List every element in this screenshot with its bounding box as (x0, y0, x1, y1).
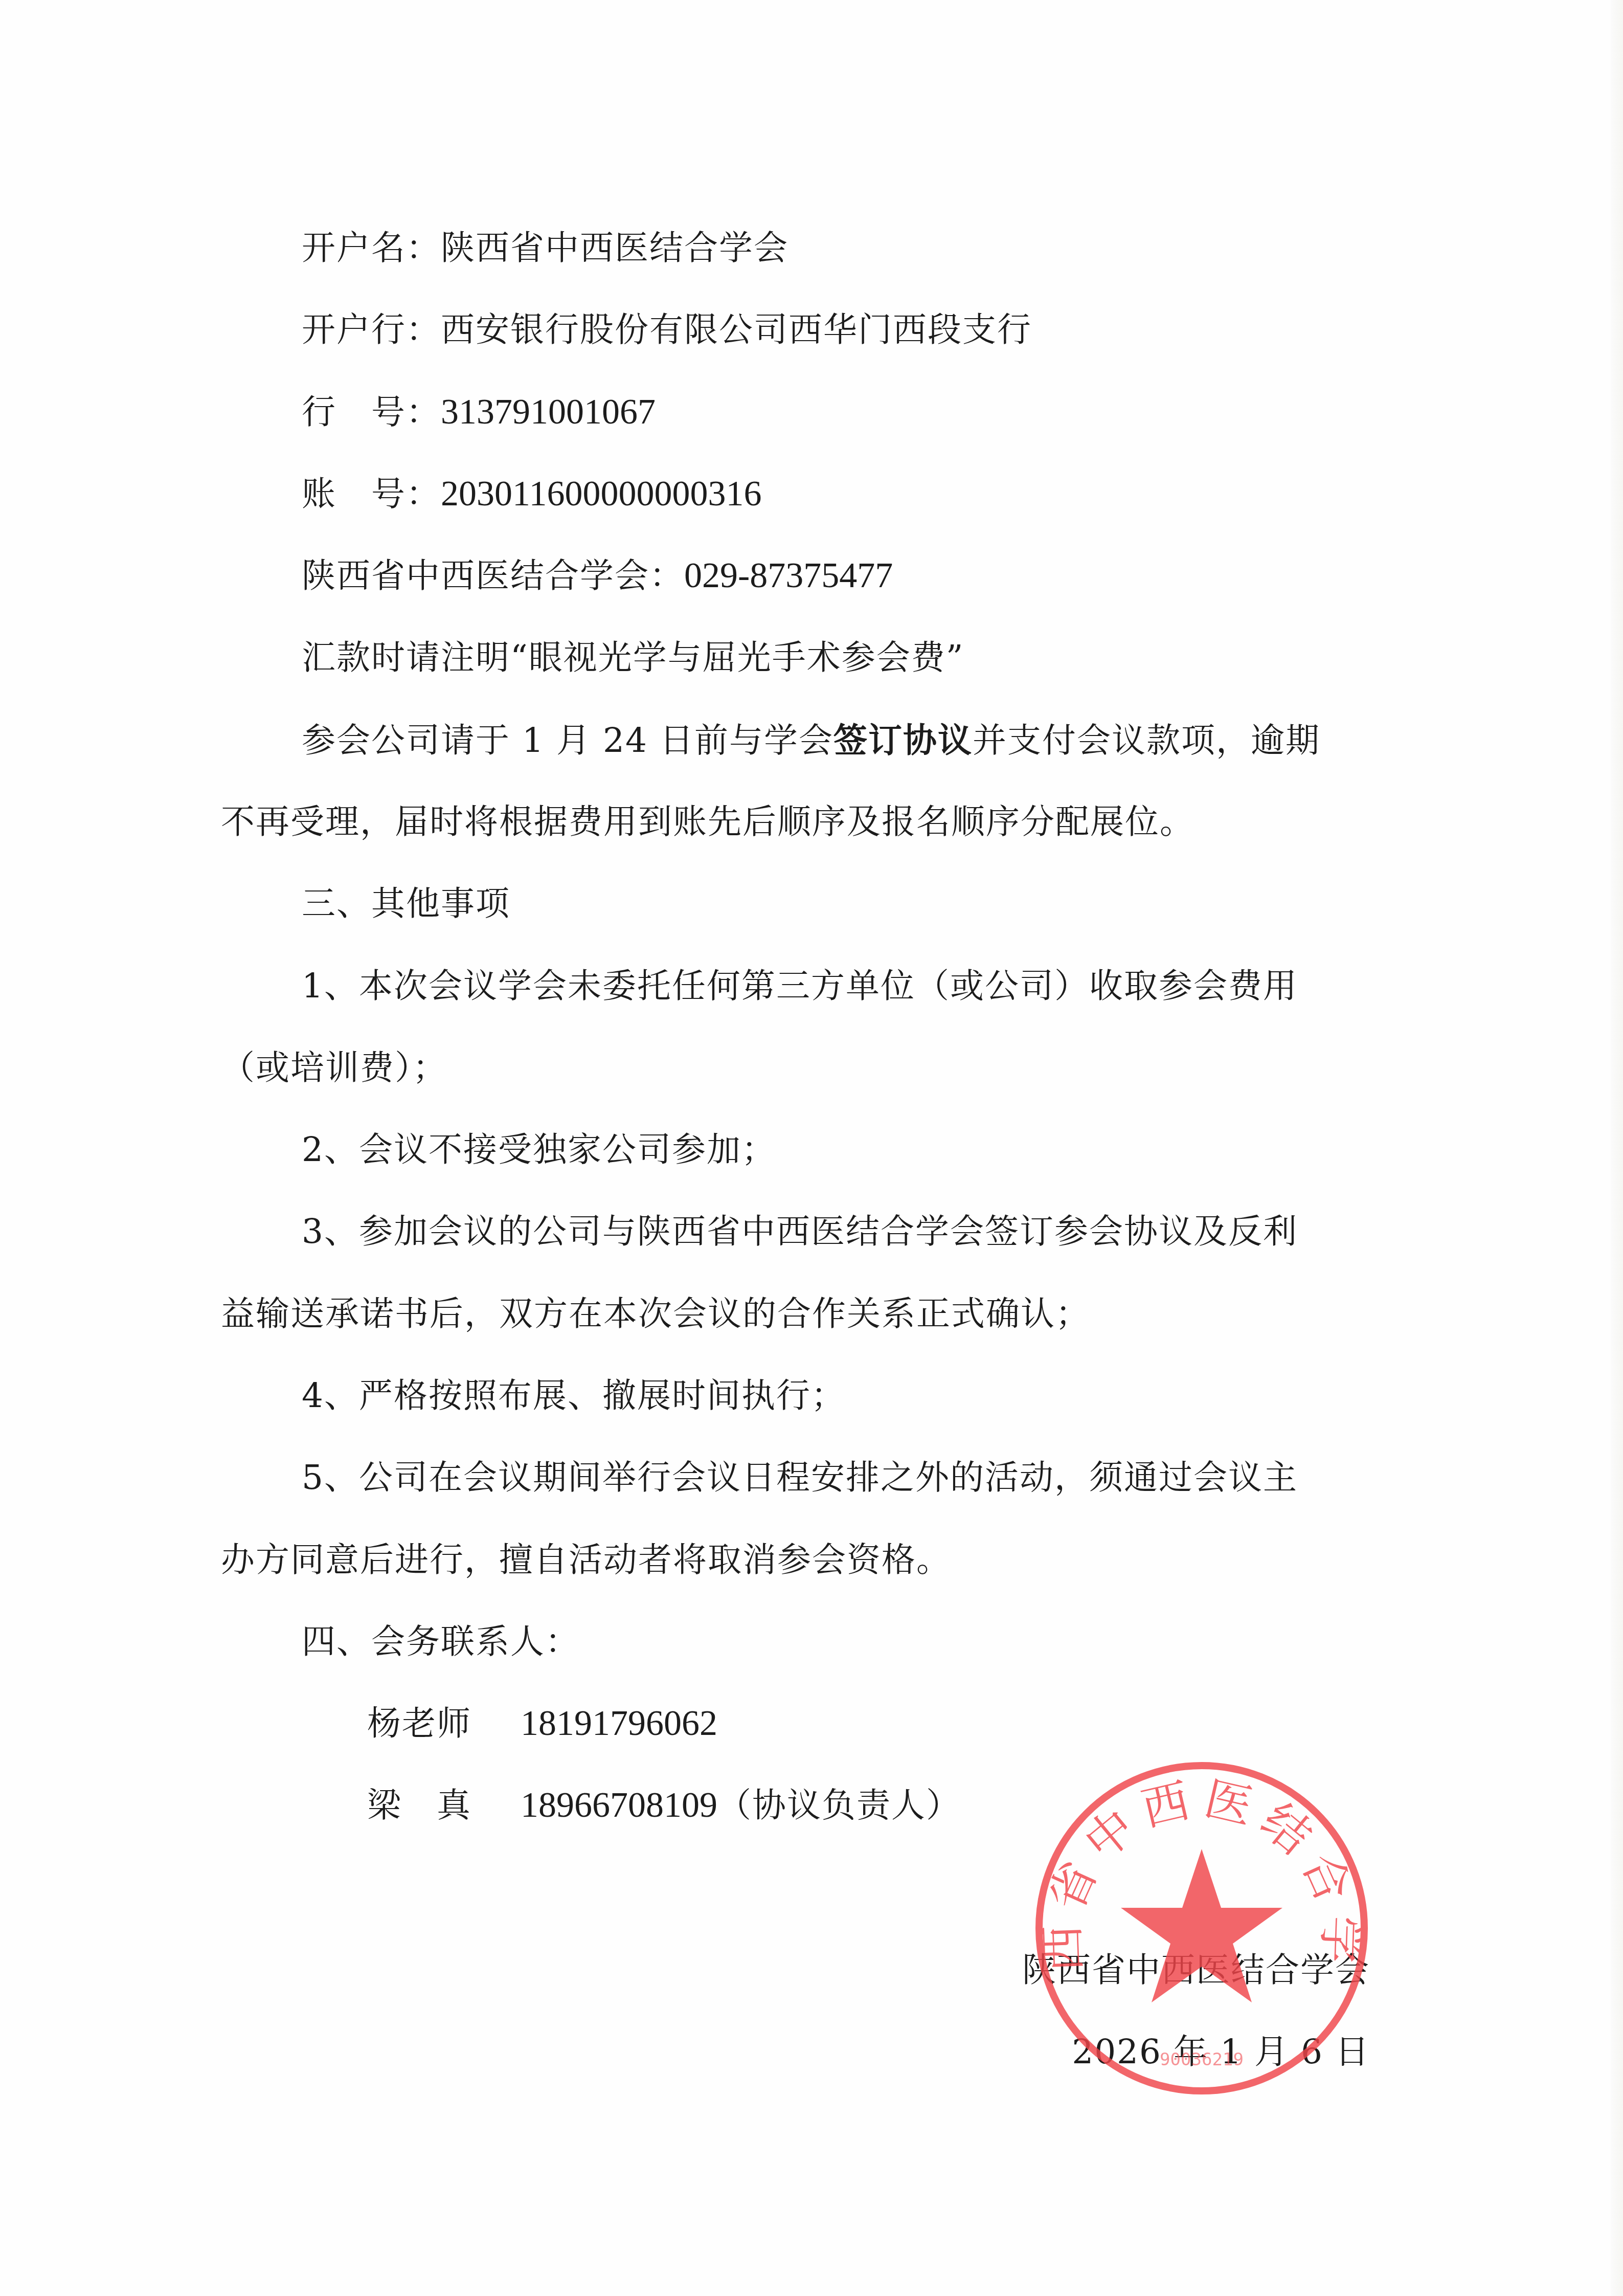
contact-name: 梁 真 (367, 1785, 521, 1826)
account-no-value: 203011600000000316 (441, 474, 761, 514)
account-name-label: 开户名： (302, 228, 441, 268)
contact-row-2: 梁 真18966708109（协议负责人） (367, 1785, 961, 1826)
phone-label: 陕西省中西医结合学会： (302, 556, 684, 595)
section3-item-1-line2: （或培训费）； (221, 1047, 447, 1088)
section3-item-1-line1: 1、本次会议学会未委托任何第三方单位（或公司）收取参会费用 (302, 966, 1298, 1007)
account-name-value: 陕西省中西医结合学会 (441, 228, 788, 268)
signature-date: 2026 年 1 月 6 日 (1072, 2032, 1370, 2072)
account-no-row: 账 号：203011600000000316 (302, 474, 761, 515)
section3-heading: 三、其他事项 (302, 883, 510, 924)
section4-heading: 四、会务联系人： (302, 1621, 580, 1662)
deadline-text-part2: 并支付会议款项，逾期 (973, 721, 1320, 760)
section3-item-4: 4、严格按照布展、撤展时间执行； (302, 1375, 846, 1416)
section3-item-5-line1: 5、公司在会议期间举行会议日程安排之外的活动，须通过会议主 (302, 1457, 1298, 1498)
contact-row-1: 杨老师18191796062 (367, 1703, 717, 1744)
page-edge (1611, 0, 1623, 2296)
contact-phone: 18191796062 (521, 1704, 717, 1743)
contact-note: （协议负责人） (717, 1786, 961, 1825)
deadline-paragraph-line1: 参会公司请于 1 月 24 日前与学会签订协议并支付会议款项，逾期 (302, 720, 1320, 761)
account-name-row: 开户名：陕西省中西医结合学会 (302, 228, 788, 269)
deadline-text-part1: 参会公司请于 1 月 24 日前与学会 (302, 721, 833, 760)
account-no-label: 账 号： (302, 474, 441, 514)
svg-text:陕西省中西医结合学会: 陕西省中西医结合学会 (1028, 1759, 1369, 1973)
contact-name: 杨老师 (367, 1703, 521, 1744)
section3-item-5-line2: 办方同意后进行，擅自活动者将取消参会资格。 (221, 1540, 951, 1580)
section3-item-3-line2: 益输送承诺书后，双方在本次会议的合作关系正式确认； (221, 1294, 1090, 1334)
remittance-remark: 汇款时请注明“眼视光学与屈光手术参会费” (302, 637, 964, 678)
signature-organization: 陕西省中西医结合学会 (1022, 1950, 1370, 1991)
phone-value: 029-87375477 (684, 556, 893, 595)
deadline-paragraph-line2: 不再受理，届时将根据费用到账先后顺序及报名顺序分配展位。 (221, 801, 1194, 842)
phone-row: 陕西省中西医结合学会：029-87375477 (302, 555, 893, 596)
bank-value: 西安银行股份有限公司西华门西段支行 (441, 310, 1032, 349)
document-page: 开户名：陕西省中西医结合学会 开户行：西安银行股份有限公司西华门西段支行 行 号… (0, 0, 1623, 2296)
bank-code-value: 313791001067 (441, 392, 656, 432)
section3-item-2: 2、会议不接受独家公司参加； (302, 1129, 776, 1170)
contact-phone: 18966708109 (521, 1786, 717, 1825)
bank-row: 开户行：西安银行股份有限公司西华门西段支行 (302, 309, 1032, 350)
bank-code-row: 行 号：313791001067 (302, 392, 656, 433)
section3-item-3-line1: 3、参加会议的公司与陕西省中西医结合学会签订参会协议及反利 (302, 1211, 1298, 1252)
bank-code-label: 行 号： (302, 392, 441, 432)
bank-label: 开户行： (302, 310, 441, 349)
seal-text: 陕西省中西医结合学会 (1028, 1759, 1369, 1973)
deadline-bold-text: 签订协议 (833, 720, 973, 760)
